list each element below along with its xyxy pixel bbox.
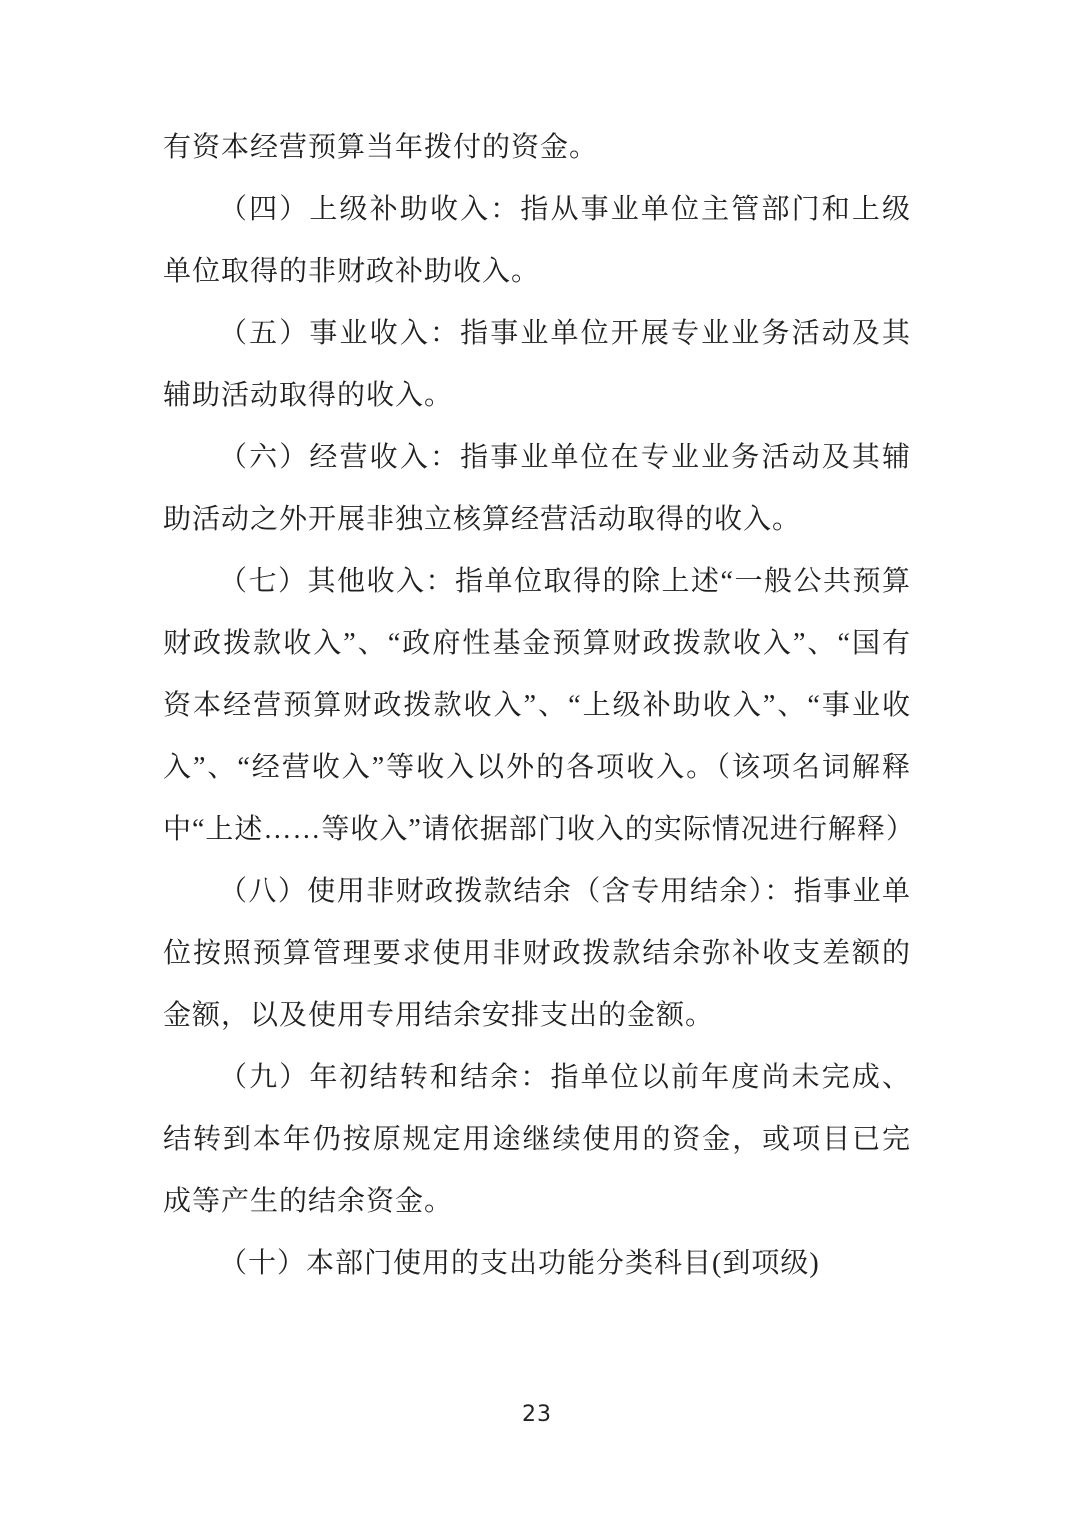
paragraph-item-8: （八）使用非财政拨款结余（含专用结余）：指事业单位按照预算管理要求使用非财政拨款…: [163, 861, 911, 1047]
paragraph-item-6: （六）经营收入：指事业单位在专业业务活动及其辅助活动之外开展非独立核算经营活动取…: [163, 427, 911, 551]
document-page: 有资本经营预算当年拨付的资金。 （四）上级补助收入：指从事业单位主管部门和上级单…: [0, 0, 1074, 1520]
paragraph-continuation: 有资本经营预算当年拨付的资金。: [163, 117, 911, 179]
document-body: 有资本经营预算当年拨付的资金。 （四）上级补助收入：指从事业单位主管部门和上级单…: [163, 117, 911, 1295]
page-footer: 23: [0, 1402, 1074, 1427]
paragraph-item-9: （九）年初结转和结余：指单位以前年度尚未完成、结转到本年仍按原规定用途继续使用的…: [163, 1047, 911, 1233]
paragraph-item-7: （七）其他收入：指单位取得的除上述“一般公共预算财政拨款收入”、“政府性基金预算…: [163, 551, 911, 861]
paragraph-item-10: （十）本部门使用的支出功能分类科目(到项级): [163, 1233, 911, 1295]
page-number: 23: [522, 1402, 552, 1427]
paragraph-item-4: （四）上级补助收入：指从事业单位主管部门和上级单位取得的非财政补助收入。: [163, 179, 911, 303]
paragraph-item-5: （五）事业收入：指事业单位开展专业业务活动及其辅助活动取得的收入。: [163, 303, 911, 427]
